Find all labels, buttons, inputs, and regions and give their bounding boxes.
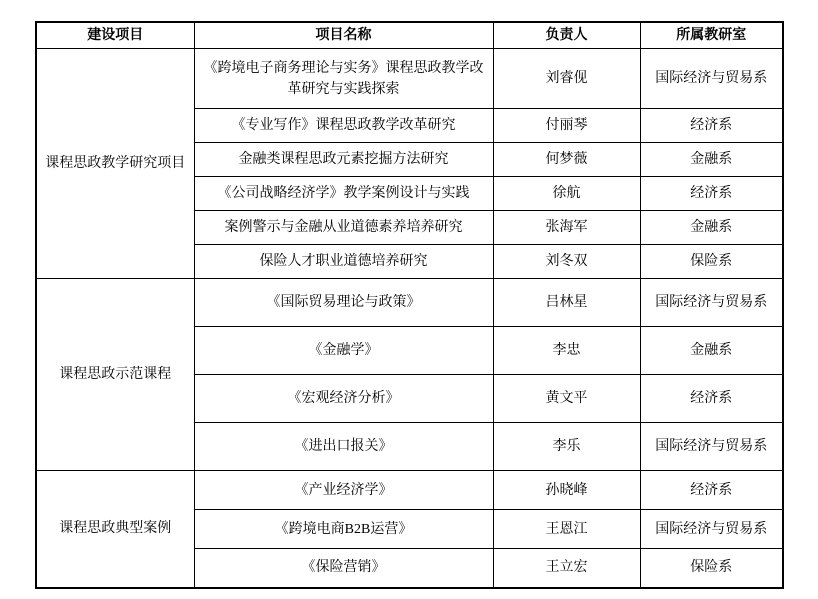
table-row: 课程思政示范课程《国际贸易理论与政策》吕林星国际经济与贸易系 xyxy=(36,279,783,327)
leader-cell: 徐航 xyxy=(493,177,640,211)
department-cell: 国际经济与贸易系 xyxy=(640,423,783,471)
department-cell: 经济系 xyxy=(640,177,783,211)
department-cell: 金融系 xyxy=(640,143,783,177)
project-name-cell: 保险人才职业道德培养研究 xyxy=(194,245,493,279)
project-name-cell: 《产业经济学》 xyxy=(194,471,493,510)
project-name-cell: 《跨境电商B2B运营》 xyxy=(194,510,493,549)
leader-cell: 王立宏 xyxy=(493,549,640,588)
project-name-cell: 《跨境电子商务理论与实务》课程思政教学改革研究与实践探索 xyxy=(194,49,493,109)
department-cell: 经济系 xyxy=(640,471,783,510)
table-body: 课程思政教学研究项目《跨境电子商务理论与实务》课程思政教学改革研究与实践探索刘睿… xyxy=(36,49,783,588)
project-name-cell: 案例警示与金融从业道德素养培养研究 xyxy=(194,211,493,245)
leader-cell: 张海军 xyxy=(493,211,640,245)
department-cell: 经济系 xyxy=(640,375,783,423)
leader-cell: 付丽琴 xyxy=(493,109,640,143)
project-name-cell: 《金融学》 xyxy=(194,327,493,375)
department-cell: 保险系 xyxy=(640,245,783,279)
project-name-cell: 《国际贸易理论与政策》 xyxy=(194,279,493,327)
project-name-cell: 金融类课程思政元素挖掘方法研究 xyxy=(194,143,493,177)
leader-cell: 孙晓峰 xyxy=(493,471,640,510)
leader-cell: 黄文平 xyxy=(493,375,640,423)
leader-cell: 王恩江 xyxy=(493,510,640,549)
leader-cell: 刘睿伣 xyxy=(493,49,640,109)
category-cell: 课程思政教学研究项目 xyxy=(36,49,194,279)
project-name-cell: 《保险营销》 xyxy=(194,549,493,588)
leader-cell: 李乐 xyxy=(493,423,640,471)
document-page: 建设项目 项目名称 负责人 所属教研室 课程思政教学研究项目《跨境电子商务理论与… xyxy=(0,0,818,599)
table-header-row: 建设项目 项目名称 负责人 所属教研室 xyxy=(36,22,783,49)
course-ideology-table: 建设项目 项目名称 负责人 所属教研室 课程思政教学研究项目《跨境电子商务理论与… xyxy=(35,21,784,589)
leader-cell: 刘冬双 xyxy=(493,245,640,279)
department-cell: 保险系 xyxy=(640,549,783,588)
department-cell: 金融系 xyxy=(640,211,783,245)
leader-cell: 吕林星 xyxy=(493,279,640,327)
department-cell: 国际经济与贸易系 xyxy=(640,279,783,327)
department-cell: 国际经济与贸易系 xyxy=(640,49,783,109)
leader-cell: 何梦薇 xyxy=(493,143,640,177)
header-cell-project-name: 项目名称 xyxy=(194,22,493,49)
header-cell-construction-project: 建设项目 xyxy=(36,22,194,49)
leader-cell: 李忠 xyxy=(493,327,640,375)
header-cell-department: 所属教研室 xyxy=(640,22,783,49)
project-name-cell: 《专业写作》课程思政教学改革研究 xyxy=(194,109,493,143)
project-name-cell: 《公司战略经济学》教学案例设计与实践 xyxy=(194,177,493,211)
department-cell: 金融系 xyxy=(640,327,783,375)
project-name-cell: 《进出口报关》 xyxy=(194,423,493,471)
category-cell: 课程思政示范课程 xyxy=(36,279,194,471)
table-row: 课程思政教学研究项目《跨境电子商务理论与实务》课程思政教学改革研究与实践探索刘睿… xyxy=(36,49,783,109)
table-row: 课程思政典型案例《产业经济学》孙晓峰经济系 xyxy=(36,471,783,510)
category-cell: 课程思政典型案例 xyxy=(36,471,194,588)
department-cell: 国际经济与贸易系 xyxy=(640,510,783,549)
project-name-cell: 《宏观经济分析》 xyxy=(194,375,493,423)
header-cell-leader: 负责人 xyxy=(493,22,640,49)
department-cell: 经济系 xyxy=(640,109,783,143)
